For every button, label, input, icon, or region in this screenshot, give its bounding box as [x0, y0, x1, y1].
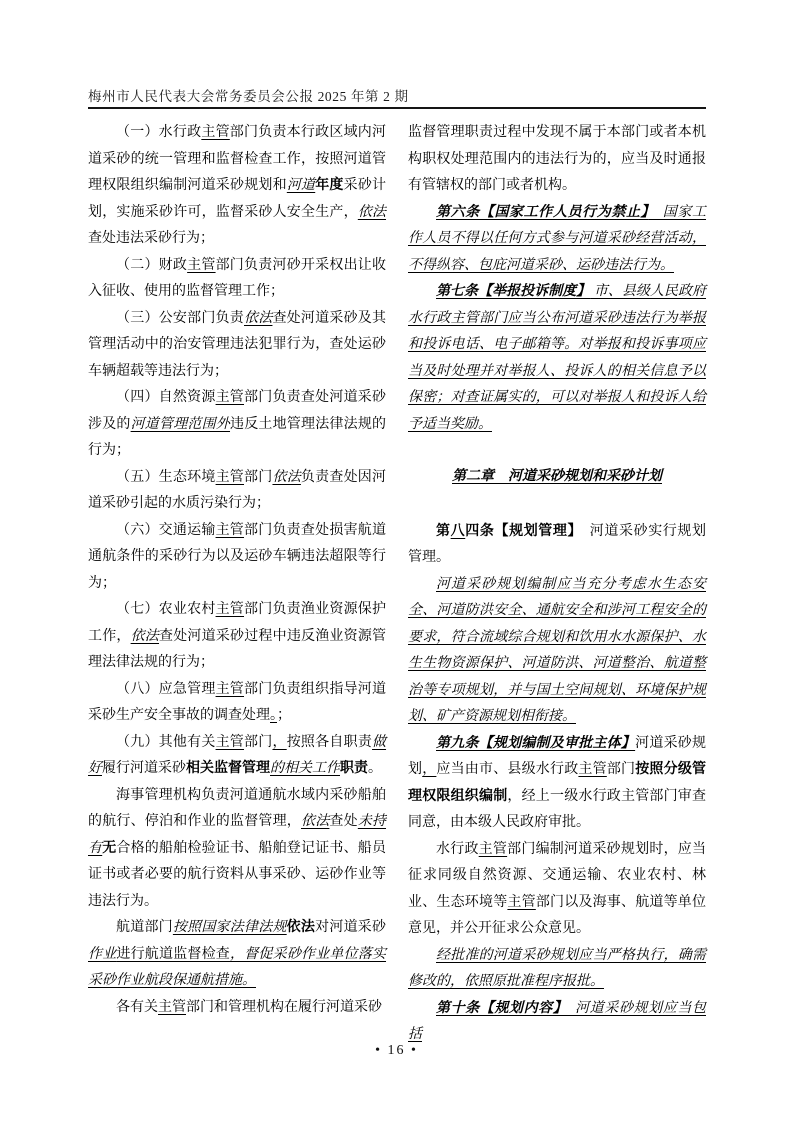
text-run: 河道: [287, 178, 315, 193]
text-run: 第七条【举报投诉制度】: [436, 284, 590, 299]
text-run: 第十条【规划内容】: [436, 1001, 561, 1016]
text-run: （六）交通运输: [116, 523, 216, 538]
text-run: 职责: [340, 761, 368, 776]
paragraph: 各有关主管部门和管理机构在履行河道采砂: [88, 995, 386, 1022]
text-run: 主管: [216, 735, 244, 750]
paragraph: （二）财政主管部门负责河砂开采权出让收入征收、使用的监督管理工作；: [88, 253, 386, 306]
text-run: 经批准的河道采砂规划应当严格执行，确需修改的，依照原批准程序报批。: [408, 948, 706, 990]
chapter-heading: 第二章 河道采砂规划和采砂计划: [408, 464, 706, 491]
header-rule: [88, 107, 706, 109]
paragraph: 河道采砂规划编制应当充分考虑水生态安全、河道防洪安全、通航安全和涉河工程安全的要…: [408, 572, 706, 731]
text-run: （二）财政: [116, 258, 187, 273]
paragraph: （三）公安部门负责依法查处河道采砂及其管理活动中的治安管理违法犯罪行为，查处运砂…: [88, 306, 386, 386]
text-run: 依法: [301, 814, 329, 829]
paragraph: （五）生态环境主管部门依法负责查处因河道采砂引起的水质污染行为；: [88, 465, 386, 518]
text-run: 主管: [187, 258, 215, 273]
page-number: • 16 •: [0, 1043, 793, 1059]
text-run: 航道部门: [116, 920, 173, 935]
text-run: 进行航道监督检查: [116, 947, 230, 962]
paragraph: （九）其他有关主管部门，按照各自职责做好履行河道采砂相关监督管理的相关工作职责。: [88, 730, 386, 783]
text-run: 部门: [607, 762, 635, 777]
text-run: 主管: [507, 895, 535, 910]
paragraph: （七）农业农村主管部门负责渔业资源保护工作，依法查处河道采砂过程中违反渔业资源管…: [88, 597, 386, 677]
text-run: 按照国家法律法规: [173, 920, 287, 935]
text-run: 主管: [158, 1000, 186, 1015]
text-run: 依法: [131, 629, 159, 644]
text-run: 主管: [216, 390, 244, 405]
text-run: 。: [368, 761, 382, 776]
paragraph: （一）水行政主管部门负责本行政区域内河道采砂的统一管理和监督检查工作，按照河道管…: [88, 120, 386, 253]
text-run: 履行河道采砂: [102, 761, 186, 776]
text-run: 第九条【规划编制及审批主体】: [436, 736, 635, 751]
text-run: 主管: [216, 602, 244, 617]
text-run: （八）应急管理: [116, 682, 216, 697]
text-run: 河道管理范围外: [131, 417, 230, 432]
paragraph: 第八四条【规划管理】 河道采砂实行规划管理。: [408, 519, 706, 572]
text-run: 主管: [578, 762, 606, 777]
text-run: 查处: [329, 814, 357, 829]
right-column: 监督管理职责过程中发现不属于本部门或者本机构职权处理范围内的违法行为的，应当及时…: [408, 120, 706, 1049]
text-run: 八: [451, 524, 466, 539]
text-run: 无: [102, 841, 116, 856]
paragraph: 监督管理职责过程中发现不属于本部门或者本机构职权处理范围内的违法行为的，应当及时…: [408, 120, 706, 200]
text-run: 监督管理职责过程中发现不属于本部门或者本机构职权处理范围内的违法行为的，应当及时…: [408, 125, 706, 193]
paragraph: 第九条【规划编制及审批主体】河道采砂规划，应当由市、县级水行政主管部门按照分级管…: [408, 731, 706, 837]
text-run: 按照各自职责: [287, 735, 372, 750]
text-run: 作业: [88, 947, 116, 962]
text-run: （四）自然资源: [116, 390, 216, 405]
text-run: 主管: [479, 842, 507, 857]
text-run: ，: [422, 762, 436, 777]
document-body: （一）水行政主管部门负责本行政区域内河道采砂的统一管理和监督检查工作，按照河道管…: [88, 120, 706, 1049]
text-run: 合格的船舶检验证书、船舶登记证书、船员证书或者必要的航行资料从事采砂、运砂作业等…: [88, 841, 386, 909]
paragraph: 第七条【举报投诉制度】 市、县级人民政府水行政主管部门应当公布河道采砂违法行为举…: [408, 279, 706, 438]
text-run: 水行政: [436, 842, 479, 857]
text-run: 主管: [201, 125, 229, 140]
text-run: 市、县级人民政府水行政主管部门应当公布河道采砂违法行为举报和投诉电话、电子邮箱等…: [408, 284, 706, 432]
text-run: （九）其他有关: [116, 735, 216, 750]
paragraph: 第六条【国家工作人员行为禁止】 国家工作人员不得以任何方式参与河道采砂经营活动，…: [408, 200, 706, 280]
paragraph: （四）自然资源主管部门负责查处河道采砂涉及的河道管理范围外违反土地管理法律法规的…: [88, 385, 386, 465]
text-run: （五）生态环境: [116, 470, 216, 485]
text-run: 查处违法采砂行为；: [88, 231, 214, 246]
text-run: ，: [272, 735, 286, 750]
text-run: 应当由市、县级水行政: [436, 762, 578, 777]
text-run: 河道采砂规划编制应当充分考虑水生态安全、河道防洪安全、通航安全和涉河工程安全的要…: [408, 577, 706, 725]
text-run: 对河道采砂: [315, 920, 386, 935]
paragraph: 经批准的河道采砂规划应当严格执行，确需修改的，依照原批准程序报批。: [408, 943, 706, 996]
text-run: 。: [270, 708, 277, 723]
text-run: 第二章 河道采砂规划和采砂计划: [452, 469, 662, 484]
paragraph: 第十条【规划内容】 河道采砂规划应当包括: [408, 996, 706, 1049]
paragraph: （八）应急管理主管部门负责组织指导河道采砂生产安全事故的调查处理。；: [88, 677, 386, 730]
left-column: （一）水行政主管部门负责本行政区域内河道采砂的统一管理和监督检查工作，按照河道管…: [88, 120, 386, 1049]
text-run: 各有关: [116, 1000, 158, 1015]
text-run: 第: [436, 524, 451, 539]
text-run: 部门: [244, 470, 272, 485]
text-run: （一）水行政: [116, 125, 201, 140]
text-run: 第六条【国家工作人员行为禁止】: [436, 205, 648, 220]
paragraph: 水行政主管部门编制河道采砂规划时，应当征求同级自然资源、交通运输、农业农村、林业…: [408, 837, 706, 943]
text-run: （七）农业农村: [116, 602, 216, 617]
text-run: （三）公安部门负责: [116, 311, 244, 326]
paragraph: 航道部门按照国家法律法规依法对河道采砂作业进行航道监督检查，督促采砂作业单位落实…: [88, 915, 386, 995]
text-run: 年度: [315, 178, 343, 193]
text-run: 相关监督管理: [186, 761, 270, 776]
text-run: 主管: [216, 682, 244, 697]
text-run: 依法: [358, 205, 386, 220]
gazette-page: 梅州市人民代表大会常务委员会公报 2025 年第 2 期 （一）水行政主管部门负…: [0, 0, 793, 1122]
text-run: 部门和管理机构在履行河道采砂: [186, 1000, 382, 1015]
text-run: 主管: [216, 470, 244, 485]
text-run: ；: [277, 708, 291, 723]
text-run: 依法: [244, 311, 272, 326]
text-run: 的相关工作: [270, 761, 340, 776]
paragraph: 海事管理机构负责河道通航水域内采砂船舶的航行、停泊和作业的监督管理，依法查处未持…: [88, 783, 386, 916]
text-run: 四条【规划管理】: [465, 524, 575, 539]
gazette-header-title: 梅州市人民代表大会常务委员会公报 2025 年第 2 期: [88, 85, 706, 105]
text-run: 依法: [272, 470, 300, 485]
text-run: 主管: [216, 523, 244, 538]
text-run: 部门: [244, 735, 272, 750]
text-run: 依法: [287, 920, 315, 935]
paragraph: （六）交通运输主管部门负责查处损害航道通航条件的采砂行为以及运砂车辆违法超限等行…: [88, 518, 386, 598]
